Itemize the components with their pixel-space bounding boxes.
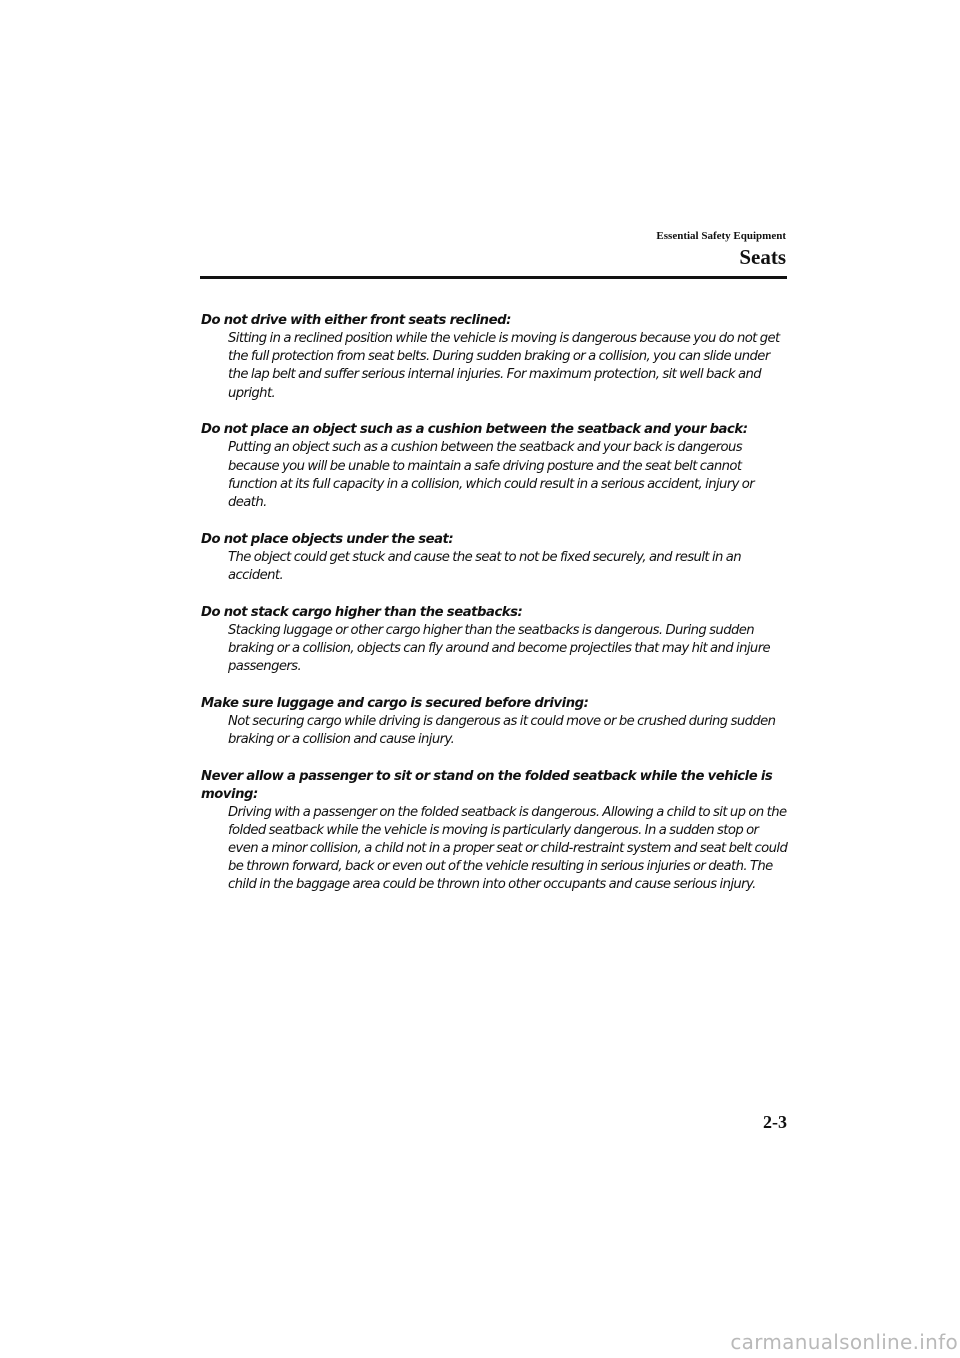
warning-item-stack-cargo: Do not stack cargo higher than the seatb… <box>201 604 791 677</box>
warning-item-secure-luggage: Make sure luggage and cargo is secured b… <box>201 695 791 749</box>
warning-text: Not securing cargo while driving is dang… <box>201 713 791 749</box>
page-header: Essential Safety Equipment Seats <box>600 230 786 270</box>
header-divider <box>200 276 787 279</box>
warning-text: Sitting in a reclined position while the… <box>201 330 791 403</box>
warning-item-front-seats-reclined: Do not drive with either front seats rec… <box>201 312 791 403</box>
warning-heading: Do not stack cargo higher than the seatb… <box>201 604 791 622</box>
warning-text: Stacking luggage or other cargo higher t… <box>201 622 791 677</box>
page-number: 2-3 <box>700 1112 787 1133</box>
warning-heading: Do not drive with either front seats rec… <box>201 312 791 330</box>
warning-item-cushion: Do not place an object such as a cushion… <box>201 421 791 512</box>
warning-heading: Never allow a passenger to sit or stand … <box>201 768 791 804</box>
section-label: Essential Safety Equipment <box>600 230 786 243</box>
warning-item-folded-seatback: Never allow a passenger to sit or stand … <box>201 768 791 895</box>
warning-heading: Make sure luggage and cargo is secured b… <box>201 695 791 713</box>
warning-list: Do not drive with either front seats rec… <box>201 312 791 913</box>
warning-text: Driving with a passenger on the folded s… <box>201 804 791 895</box>
warning-item-objects-under-seat: Do not place objects under the seat: The… <box>201 531 791 585</box>
warning-heading: Do not place objects under the seat: <box>201 531 791 549</box>
watermark: carmanualsonline.info <box>730 1330 958 1354</box>
warning-heading: Do not place an object such as a cushion… <box>201 421 791 439</box>
warning-text: Putting an object such as a cushion betw… <box>201 439 791 512</box>
page-title: Seats <box>600 244 786 270</box>
warning-text: The object could get stuck and cause the… <box>201 549 791 585</box>
